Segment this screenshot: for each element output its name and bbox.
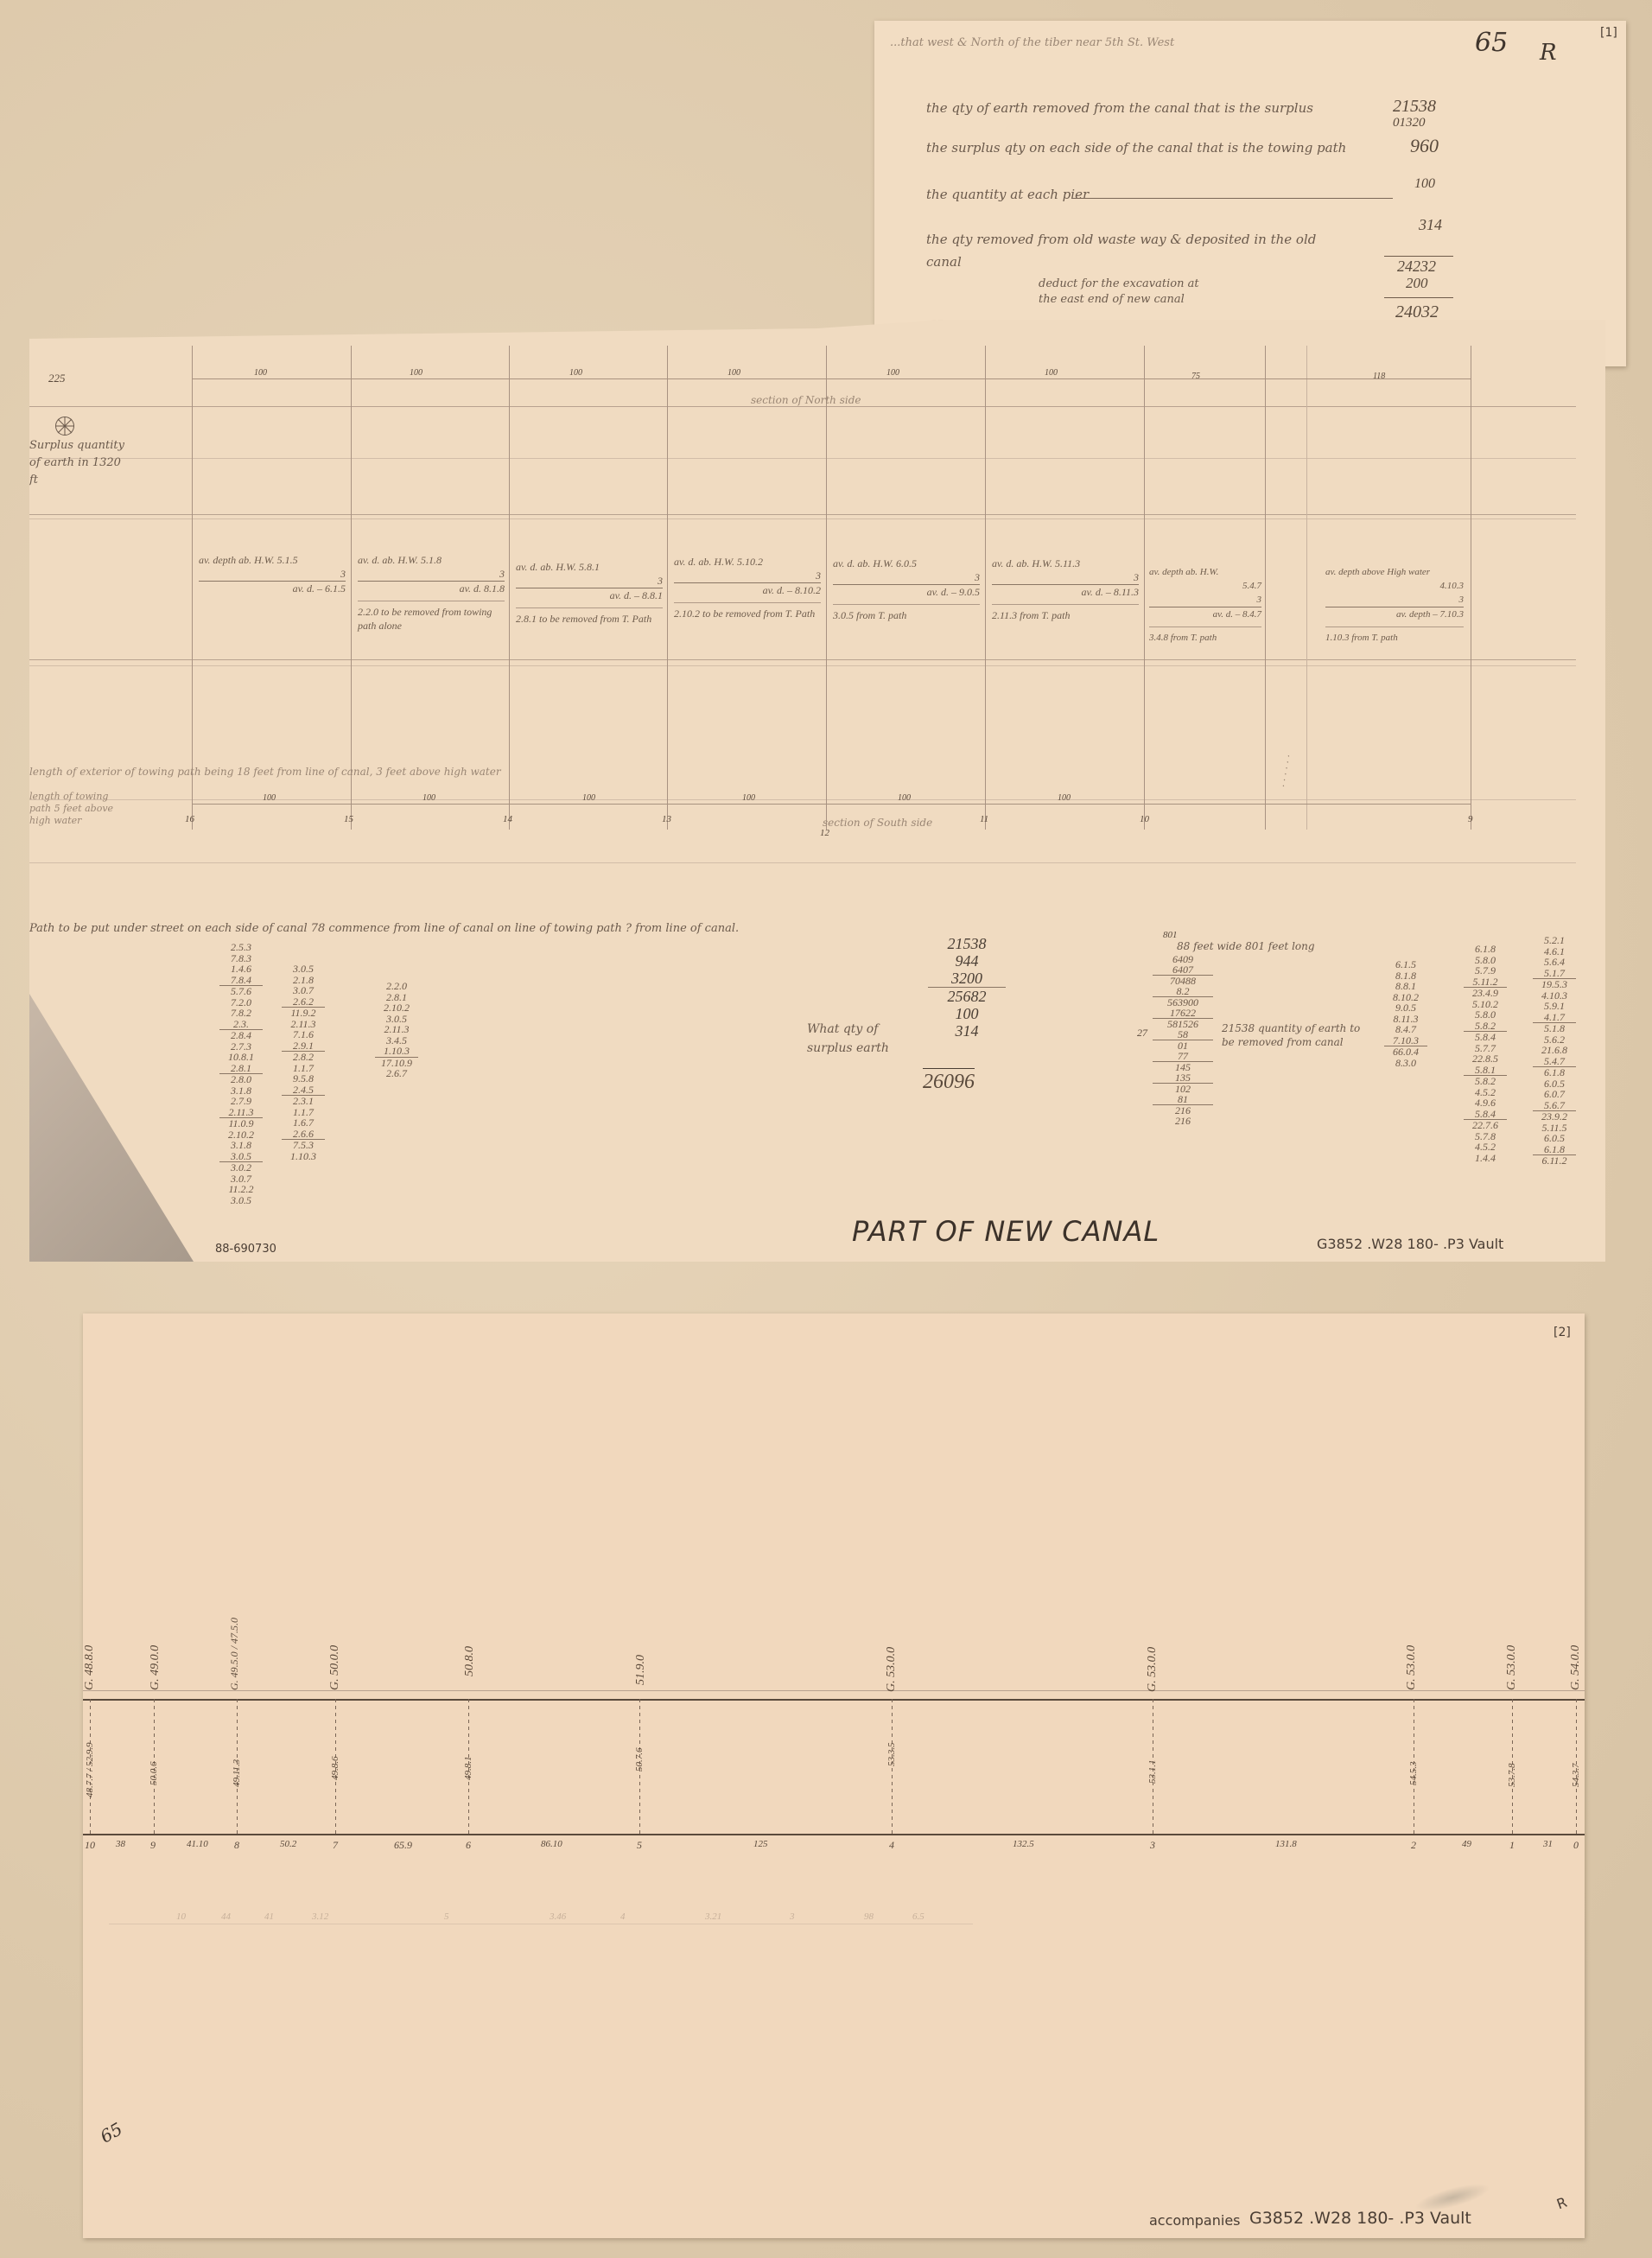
- south-section-label: section of South side: [823, 817, 932, 829]
- calc-value: 58: [1153, 1029, 1213, 1040]
- depth-label: 48.7.7 / 52.9.9: [85, 1742, 95, 1797]
- cell-1: av. depth ab. H.W. 5.1.5 3 av. d. – 6.1.…: [199, 553, 346, 595]
- south-station-13: 13: [662, 814, 671, 824]
- calc-value: 100: [928, 1005, 1006, 1022]
- station-label: 8: [234, 1839, 239, 1852]
- calc-value: 2.8.2: [282, 1051, 325, 1063]
- grade-label: G. 54.0.0: [1569, 1645, 1583, 1690]
- summary-row-3-value: 100: [1414, 176, 1435, 192]
- summary-subtotal: 24232: [1397, 258, 1436, 276]
- calc-value: 3.1.8: [219, 1140, 263, 1151]
- accession-number: 88-690730: [215, 1243, 276, 1256]
- calc-value: 17.10.9: [375, 1057, 418, 1069]
- calc-value: 4.9.6: [1464, 1097, 1507, 1109]
- calc-value: 1.4.4: [1464, 1153, 1507, 1164]
- south-station-11: 11: [980, 814, 988, 824]
- calc-value: 11.9.2: [282, 1007, 325, 1019]
- faint-row-label: 3: [790, 1911, 795, 1922]
- summary-row-1-sub: 01320: [1393, 116, 1426, 130]
- grade-label: G. 49.5.0 / 47.5.0: [228, 1618, 241, 1690]
- faint-row-label: 6.5: [912, 1911, 924, 1922]
- depth-label: 49.8.1: [463, 1757, 473, 1781]
- calc-value: 2.3.: [219, 1019, 263, 1030]
- south-station-15: 15: [344, 814, 353, 824]
- calc-value: 2.6.6: [282, 1129, 325, 1140]
- calc-value: 3.0.7: [282, 985, 325, 996]
- corner-mark: [1]: [1600, 26, 1617, 40]
- initial-mark: R: [1540, 40, 1557, 66]
- calc-value: 11.2.2: [219, 1184, 263, 1195]
- south-station-16: 16: [185, 814, 194, 824]
- calc-value: 10.8.1: [219, 1052, 263, 1063]
- calc-column-1: 2.5.37.8.31.4.67.8.45.7.67.2.07.8.22.3.2…: [219, 942, 263, 1205]
- calc-value: 2.11.3: [219, 1107, 263, 1118]
- main-sum-total: 26096: [923, 1068, 975, 1094]
- summary-row-1-value: 21538: [1393, 97, 1436, 117]
- summary-row-3-label: the quantity at each pier: [926, 187, 1089, 202]
- calc-value: 6.11.2: [1533, 1154, 1576, 1167]
- faint-row-label: 3.21: [705, 1911, 721, 1922]
- calc-value: 5.1.7: [1533, 968, 1576, 979]
- calc-value: 9.5.8: [282, 1073, 325, 1084]
- call-number: G3852 .W28 180- .P3 Vault: [1317, 1236, 1503, 1252]
- calc-value: 25682: [928, 987, 1006, 1005]
- calc-value: 5.8.4: [1464, 1031, 1507, 1043]
- calc-value: 135: [1153, 1072, 1213, 1083]
- calc-value: 2.7.9: [219, 1096, 263, 1107]
- division-divisor: 27: [1137, 1027, 1147, 1040]
- calc-value: 8.3.0: [1384, 1058, 1427, 1069]
- calc-value: 8.4.7: [1384, 1024, 1427, 1035]
- calc-value: 2.11.3: [375, 1024, 418, 1035]
- calc-value: 1.4.6: [219, 964, 263, 975]
- calc-value: 7.10.3: [1384, 1035, 1427, 1046]
- calc-value: 2.10.2: [375, 1002, 418, 1014]
- summary-row-4-value: 314: [1419, 216, 1442, 234]
- station-label: 6: [466, 1839, 471, 1852]
- calc-value: 5.6.4: [1533, 957, 1576, 968]
- spacing-label: 125: [753, 1839, 768, 1849]
- cell-5: av. d. ab. H.W. 6.0.5 3 av. d. – 9.0.5 3…: [833, 557, 980, 622]
- calc-value: 5.2.1: [1533, 935, 1576, 946]
- cell-7: av. depth ab. H.W. 5.4.7 3 av. d. – 8.4.…: [1149, 565, 1261, 645]
- summary-row-2-label: the surplus qty on each side of the cana…: [926, 140, 1346, 156]
- south-note-top: length of exterior of towing path being …: [29, 766, 501, 778]
- faint-row-label: 4: [620, 1911, 626, 1922]
- calc-value: 4.1.7: [1533, 1012, 1576, 1023]
- cell-4: av. d. ab. H.W. 5.10.2 3 av. d. – 8.10.2…: [674, 555, 821, 620]
- depth-label: 53.1.1: [1147, 1760, 1158, 1784]
- grade-label: G. 48.8.0: [83, 1645, 97, 1690]
- grade-label: G. 53.0.0: [1405, 1645, 1419, 1690]
- spacing-label: 65.9: [394, 1839, 412, 1852]
- division-result-note: 21538 quantity of earth to be removed fr…: [1222, 1021, 1369, 1049]
- title-stamp: PART OF NEW CANAL: [852, 1215, 1160, 1248]
- south-station-10: 10: [1140, 814, 1149, 824]
- north-spacing-6: 100: [1045, 368, 1058, 378]
- calc-value: 5.7.6: [219, 985, 263, 997]
- calc-value: 7.1.6: [282, 1029, 325, 1040]
- calc-column-2: 3.0.52.1.83.0.72.6.211.9.22.11.37.1.62.9…: [282, 964, 325, 1161]
- calc-value: 5.8.2: [1464, 1021, 1507, 1032]
- station-label: 0: [1573, 1839, 1579, 1852]
- calc-value: 5.4.7: [1533, 1056, 1576, 1067]
- tab-title-fragment: ...that west & North of the tiber near 5…: [890, 36, 1174, 49]
- grade-label: G. 49.0.0: [149, 1645, 162, 1690]
- calc-value: 5.11.2: [1464, 976, 1507, 988]
- calc-value: 66.0.4: [1384, 1046, 1427, 1058]
- calc-value: 216: [1153, 1116, 1213, 1126]
- calc-value: 6.0.7: [1533, 1089, 1576, 1100]
- calc-value: 2.3.1: [282, 1095, 325, 1107]
- south-spacing-3: 100: [582, 793, 595, 803]
- compass-note: Surplus quantity of earth in 1320 ft: [29, 437, 124, 489]
- main-sum-label: What qty of surplus earth: [807, 1020, 911, 1058]
- depth-label: 49.8.6: [330, 1757, 340, 1781]
- grade-label: G. 53.0.0: [885, 1647, 899, 1692]
- summary-row-2-value: 960: [1410, 135, 1439, 157]
- calc-value: 2.8.4: [219, 1029, 263, 1041]
- cell-6: av. d. ab. H.W. 5.11.3 3 av. d. – 8.11.3…: [992, 557, 1139, 622]
- south-note-left: length of towing path 5 feet above high …: [29, 791, 129, 827]
- calc-value: 4.5.2: [1464, 1142, 1507, 1153]
- calc-value: 1.6.7: [282, 1117, 325, 1129]
- spacing-label: 49: [1462, 1839, 1471, 1849]
- calc-value: 314: [928, 1022, 1006, 1040]
- north-spacing-3: 100: [569, 368, 582, 378]
- calc-value: 5.8.1: [1464, 1065, 1507, 1076]
- station-label: 10: [85, 1839, 95, 1852]
- grade-label: 50.8.0: [463, 1646, 477, 1676]
- calc-column-4: 6.1.58.1.88.8.18.10.29.0.58.11.38.4.77.1…: [1384, 959, 1427, 1068]
- calc-value: 9.0.5: [1384, 1002, 1427, 1014]
- calc-value: 2.8.1: [219, 1063, 263, 1074]
- calc-column-5: 6.1.85.8.05.7.95.11.223.4.95.10.25.8.05.…: [1464, 944, 1507, 1163]
- calc-value: 2.9.1: [282, 1040, 325, 1052]
- division-lines: 64096407704888.2563900176225815265801771…: [1153, 954, 1213, 1126]
- calc-value: 5.7.9: [1464, 965, 1507, 976]
- lower-corner-mark: [2]: [1554, 1326, 1571, 1339]
- upper-sheet-tab: ...that west & North of the tiber near 5…: [874, 21, 1626, 366]
- calc-value: 19.5.3: [1533, 978, 1576, 990]
- base-line: [83, 1834, 1585, 1835]
- grade-label: G. 53.0.0: [1505, 1645, 1519, 1690]
- calc-value: 7.5.3: [282, 1139, 325, 1151]
- north-spacing-8: 118: [1373, 372, 1385, 381]
- north-spacing-5: 100: [886, 368, 899, 378]
- depth-label: 54.3.7: [1571, 1764, 1581, 1788]
- calc-value: 5.8.2: [1464, 1075, 1507, 1087]
- spacing-label: 31: [1543, 1839, 1553, 1849]
- north-spacing-7: 75: [1191, 372, 1200, 381]
- spacing-label: 132.5: [1013, 1839, 1034, 1849]
- calc-value: 2.8.0: [219, 1073, 263, 1085]
- upper-sheet-body: 225 Surplus quantity of earth in 1320 ft…: [29, 320, 1605, 1262]
- station-label: 2: [1411, 1839, 1416, 1852]
- south-spacing-5: 100: [898, 793, 911, 803]
- depth-label: 50.7.6: [634, 1748, 645, 1772]
- calc-value: 6.0.5: [1533, 1133, 1576, 1144]
- calc-value: 17622: [1153, 1008, 1213, 1018]
- compass-rose-icon: [55, 417, 74, 436]
- depth-label: 54.5.3: [1408, 1762, 1419, 1786]
- spacing-label: 86.10: [541, 1839, 562, 1849]
- calc-value: 6.1.8: [1464, 944, 1507, 955]
- calc-value: 22.7.6: [1464, 1119, 1507, 1131]
- faint-row-label: 10: [176, 1911, 186, 1922]
- depth-label: 53.7.8: [1507, 1764, 1517, 1788]
- faint-row-label: 44: [221, 1911, 231, 1922]
- calc-value: 6.1.8: [1533, 1066, 1576, 1078]
- calc-value: 3.0.5: [219, 1195, 263, 1206]
- calc-value: 23.4.9: [1464, 987, 1507, 999]
- faint-row-label: 41: [264, 1911, 274, 1922]
- grade-line: [83, 1699, 1585, 1701]
- division-note: 88 feet wide 801 feet long: [1177, 940, 1315, 952]
- calc-value: 5.1.8: [1533, 1022, 1576, 1034]
- north-left-value: 225: [48, 372, 66, 385]
- path-footer-note: Path to be put under street on each side…: [29, 922, 739, 935]
- spacing-label: 50.2: [280, 1839, 296, 1849]
- calc-value: 1.10.3: [282, 1151, 325, 1162]
- main-sum-lines: 21538944320025682100314: [928, 935, 1006, 1040]
- cell-2: av. d. ab. H.W. 5.1.8 3 av. d. 8.1.8 2.2…: [358, 553, 505, 633]
- calc-value: 2.2.0: [375, 981, 418, 992]
- cell-3: av. d. ab. H.W. 5.8.1 3 av. d. – 8.8.1 2…: [516, 560, 663, 626]
- faint-row-label: 3.12: [312, 1911, 328, 1922]
- calc-value: 944: [928, 952, 1006, 970]
- calc-value: 2.6.7: [375, 1068, 418, 1079]
- calc-value: 5.6.7: [1533, 1100, 1576, 1111]
- north-spacing-4: 100: [728, 368, 740, 378]
- calc-value: 22.8.5: [1464, 1053, 1507, 1065]
- calc-value: 7.8.4: [219, 975, 263, 986]
- calc-value: 5.8.0: [1464, 1009, 1507, 1021]
- torn-corner: [29, 994, 194, 1262]
- grade-label: G. 50.0.0: [328, 1645, 342, 1690]
- south-spacing-2: 100: [423, 793, 435, 803]
- calc-value: 3.0.2: [219, 1161, 263, 1174]
- calc-value: 11.0.9: [219, 1117, 263, 1129]
- vertical-annotation: · · · · · ·: [1278, 754, 1294, 788]
- summary-row-4-label: the qty removed from old waste way & dep…: [926, 228, 1332, 273]
- depth-label: 50.0.6: [149, 1762, 159, 1786]
- station-label: 9: [150, 1839, 156, 1852]
- calc-column-6: 5.2.14.6.15.6.45.1.719.5.34.10.35.9.14.1…: [1533, 935, 1576, 1167]
- south-spacing-4: 100: [742, 793, 755, 803]
- calc-value: 21538: [928, 935, 1006, 952]
- accompanies-label: accompanies: [1149, 2212, 1241, 2229]
- north-spacing-2: 100: [410, 368, 423, 378]
- calc-value: 3.0.5: [219, 1151, 263, 1162]
- spacing-label: 41.10: [187, 1839, 208, 1849]
- station-label: 4: [889, 1839, 894, 1852]
- grade-label: G. 53.0.0: [1146, 1647, 1160, 1692]
- summary-deduct-label: deduct for the excavation at the east en…: [1039, 277, 1211, 308]
- calc-value: 7.8.2: [219, 1008, 263, 1019]
- calc-value: 2.5.3: [219, 942, 263, 953]
- south-station-9: 9: [1468, 814, 1473, 824]
- summary-deduct-value: 200: [1406, 275, 1428, 292]
- calc-value: 81: [1153, 1094, 1213, 1104]
- calc-value: 1.10.3: [375, 1046, 418, 1057]
- spacing-label: 131.8: [1275, 1839, 1297, 1849]
- station-label: 1: [1509, 1839, 1515, 1852]
- calc-value: 8.8.1: [1384, 981, 1427, 992]
- calc-value: 3.0.5: [282, 964, 325, 975]
- faint-row-label: 5: [444, 1911, 449, 1922]
- south-station-14: 14: [503, 814, 512, 824]
- spacing-label: 38: [116, 1839, 125, 1849]
- grade-label: 51.9.0: [634, 1655, 648, 1685]
- calc-value: 6.1.5: [1384, 959, 1427, 970]
- lower-call-number: G3852 .W28 180- .P3 Vault: [1249, 2209, 1471, 2228]
- station-label: 3: [1150, 1839, 1155, 1852]
- calc-value: 2.4.5: [282, 1084, 325, 1096]
- calc-column-3: 2.2.02.8.12.10.23.0.52.11.33.4.51.10.317…: [375, 981, 418, 1079]
- calc-value: 3200: [928, 970, 1006, 987]
- calc-value: 6407: [1153, 964, 1213, 975]
- lower-page-mark: 65: [97, 2118, 126, 2147]
- lower-corner-initial: R: [1554, 2194, 1569, 2213]
- station-label: 5: [637, 1839, 642, 1852]
- page-number: 65: [1475, 28, 1508, 58]
- faint-row-label: 3.46: [550, 1911, 566, 1922]
- south-station-12: 12: [820, 828, 829, 838]
- calc-value: 23.9.2: [1533, 1110, 1576, 1123]
- north-section-label: section of North side: [751, 394, 861, 406]
- calc-value: 2.6.2: [282, 996, 325, 1008]
- north-spacing-1: 100: [254, 368, 267, 378]
- cell-8: av. depth above High water 4.10.3 3 av. …: [1325, 565, 1464, 645]
- calc-value: 8.2: [1153, 986, 1213, 996]
- faint-row-label: 98: [864, 1911, 874, 1922]
- south-spacing-1: 100: [263, 793, 276, 803]
- depth-label: 53.3.5: [886, 1743, 897, 1767]
- summary-total: 24032: [1395, 302, 1439, 322]
- lower-sheet: [2] G. 48.8.0 G. 49.0.0 G. 49.5.0 / 47.5…: [83, 1313, 1585, 2238]
- calc-value: 5.8.4: [1464, 1109, 1507, 1120]
- calc-value: 6.1.8: [1533, 1144, 1576, 1155]
- calc-value: 5.9.1: [1533, 1001, 1576, 1012]
- division-header: 801: [1163, 930, 1178, 940]
- depth-label: 49.11.3: [232, 1759, 242, 1787]
- calc-value: 77: [1153, 1051, 1213, 1061]
- station-label: 7: [333, 1839, 338, 1852]
- summary-row-1-label: the qty of earth removed from the canal …: [926, 100, 1313, 116]
- calc-value: 21.6.8: [1533, 1045, 1576, 1056]
- south-spacing-6: 100: [1058, 793, 1071, 803]
